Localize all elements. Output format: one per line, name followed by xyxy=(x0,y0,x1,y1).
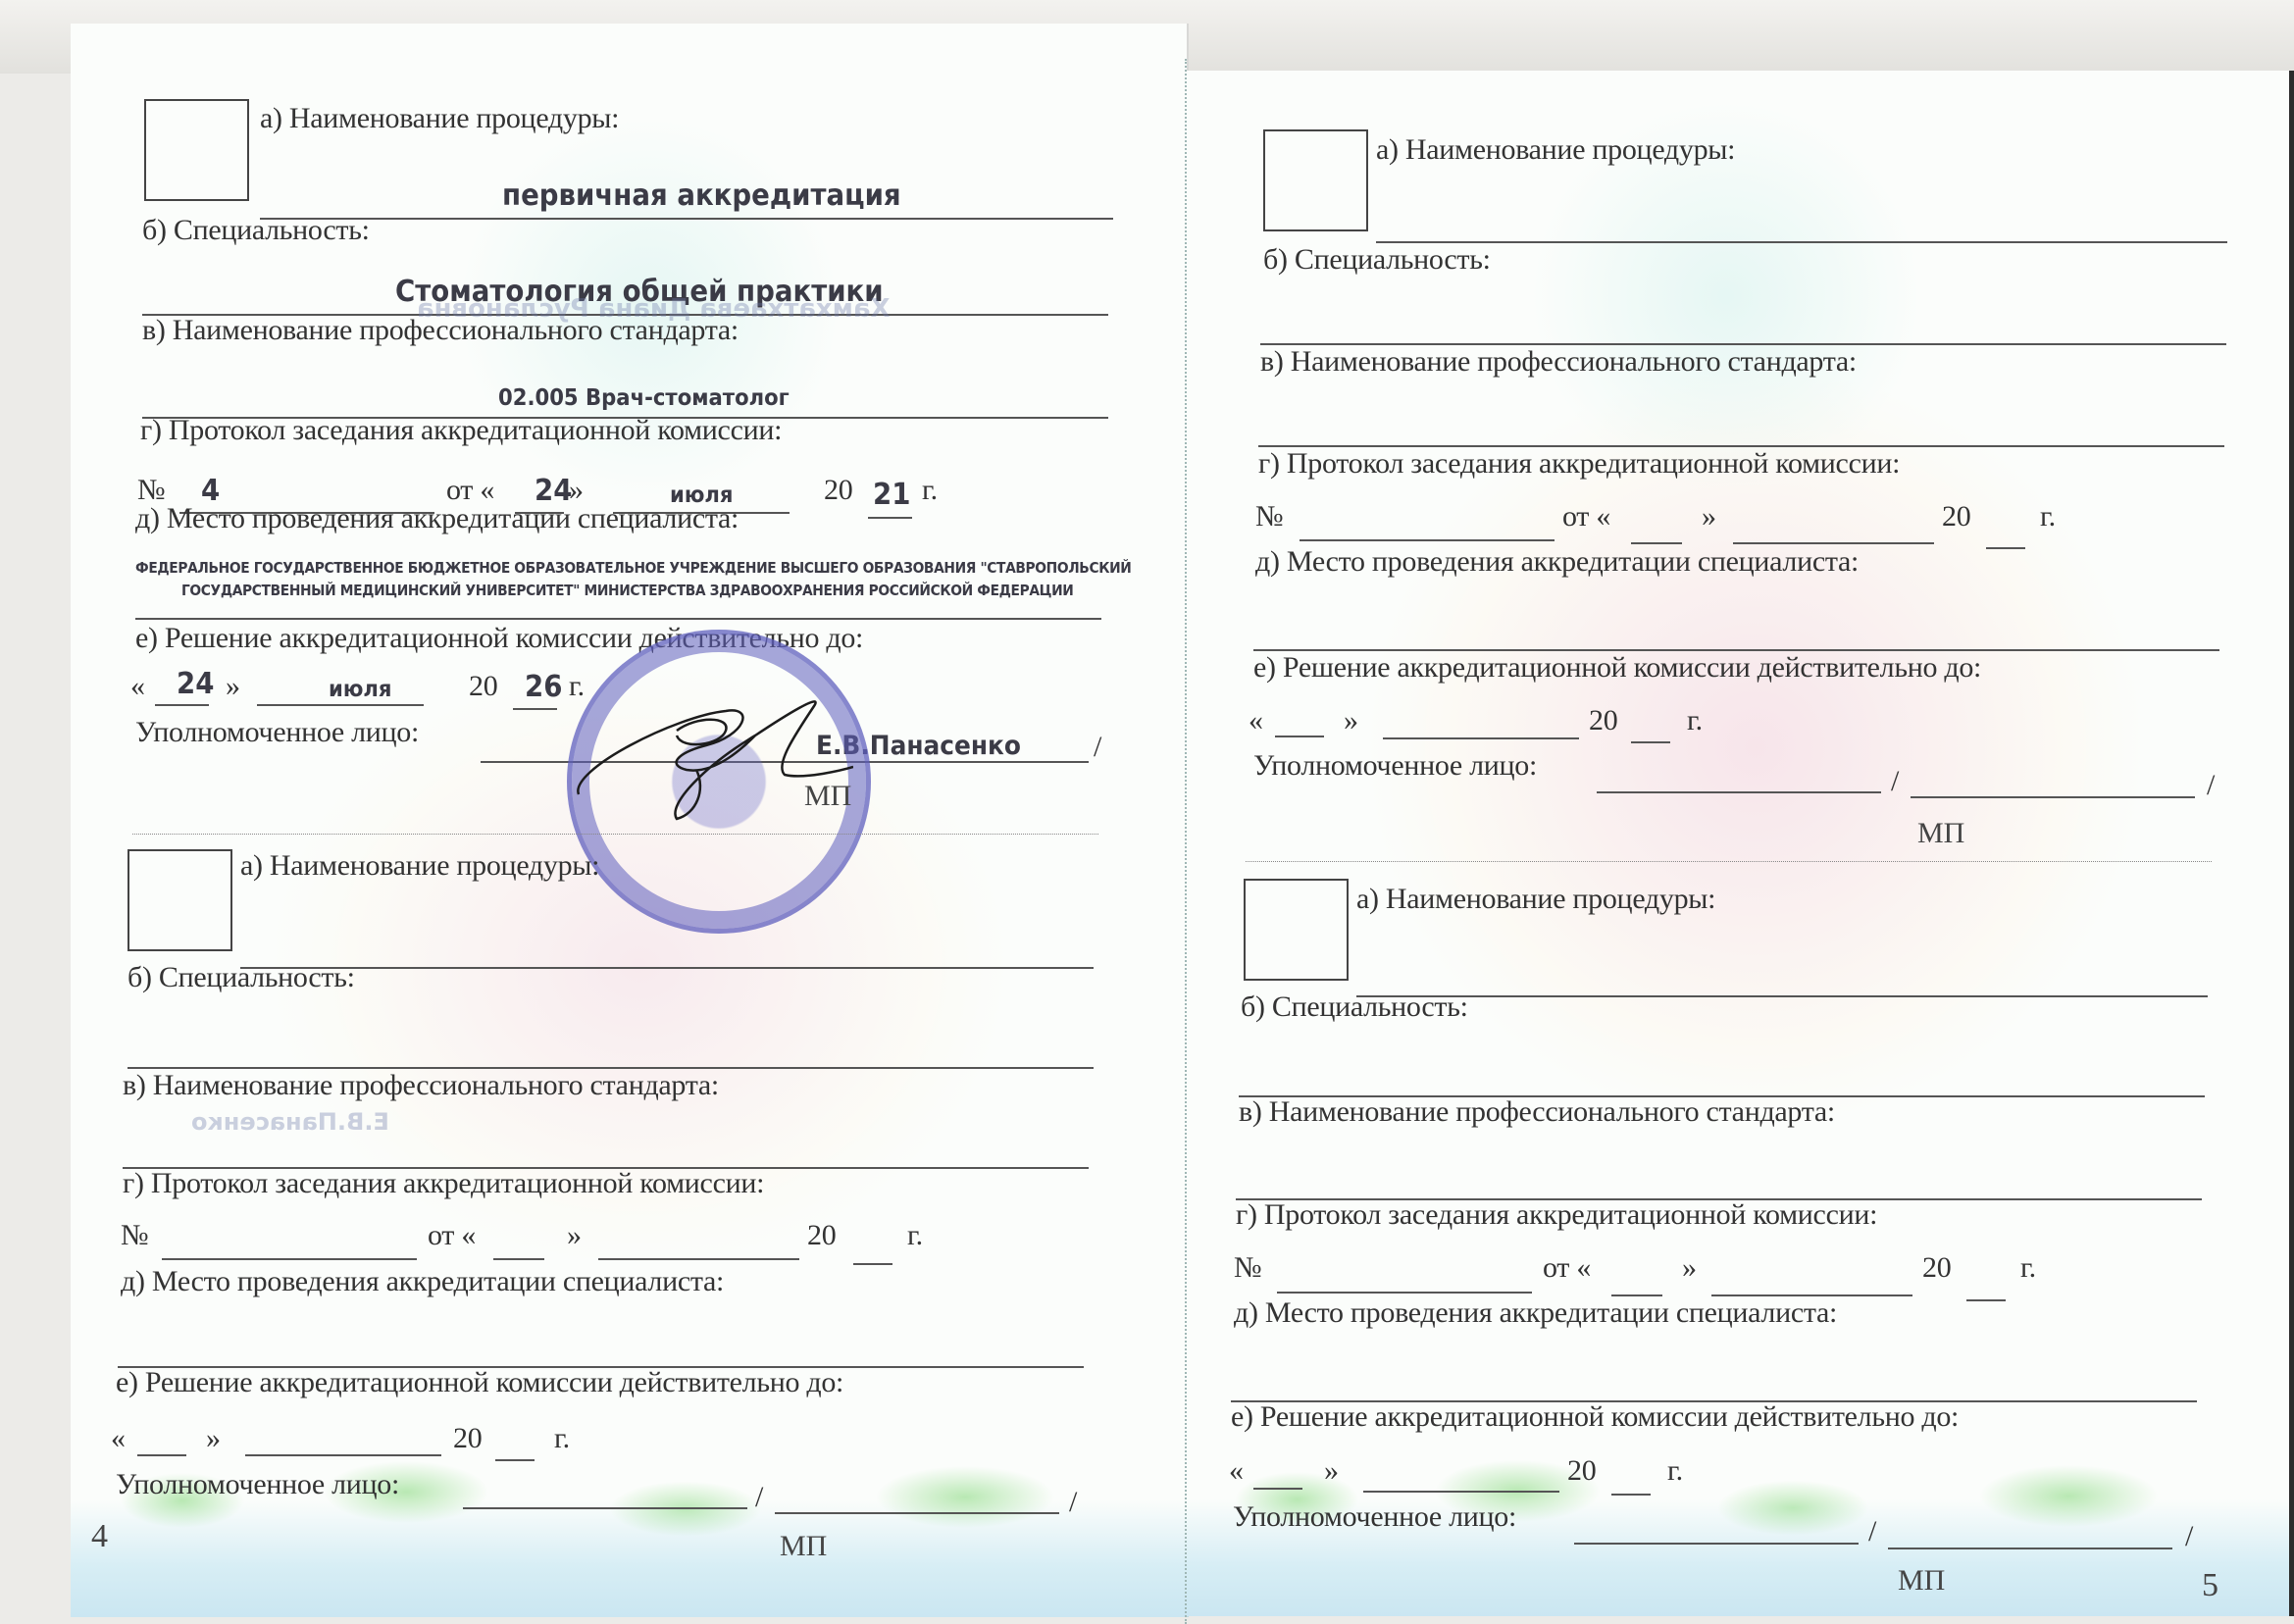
quote-close: » xyxy=(1344,704,1358,737)
place-value-line1: ФЕДЕРАЛЬНОЕ ГОСУДАРСТВЕННОЕ БЮДЖЕТНОЕ ОБ… xyxy=(135,559,1131,577)
procedure-label: а) Наименование процедуры: xyxy=(260,102,619,135)
entry-divider xyxy=(1246,861,2212,862)
valid-day-line xyxy=(1253,1488,1302,1490)
authorized-person-label: Уполномоченное лицо: xyxy=(116,1468,399,1501)
name-line xyxy=(775,1512,1059,1514)
year-prefix: 20 xyxy=(453,1422,482,1455)
protocol-number-line xyxy=(1300,539,1555,541)
seal-place-label: МП xyxy=(780,1530,827,1563)
valid-month-line xyxy=(257,704,424,706)
valid-year-line xyxy=(1631,741,1670,743)
protocol-year-line xyxy=(853,1263,892,1265)
page-number-left: 4 xyxy=(91,1518,108,1555)
valid-day-value: 24 xyxy=(177,667,214,701)
show-through-signer: Е.В.Панасенко xyxy=(191,1108,389,1136)
year-suffix: г. xyxy=(1667,1454,1683,1488)
valid-year-line xyxy=(513,708,557,710)
quote-close: » xyxy=(206,1422,221,1455)
entry-4-checkbox[interactable] xyxy=(1244,879,1349,981)
year-suffix: г. xyxy=(2040,500,2056,533)
slash: / xyxy=(1069,1486,1077,1519)
specialty-label: б) Специальность: xyxy=(1263,243,1491,277)
authorized-person-label: Уполномоченное лицо: xyxy=(1253,749,1537,783)
procedure-label: а) Наименование процедуры: xyxy=(1376,133,1735,167)
procedure-value: первичная аккредитация xyxy=(502,178,901,213)
slash: / xyxy=(2185,1520,2193,1553)
slash: / xyxy=(755,1481,763,1514)
slash: / xyxy=(1891,765,1899,798)
valid-month-line xyxy=(1383,737,1579,739)
entry-3-checkbox[interactable] xyxy=(1263,129,1368,231)
procedure-label: а) Наименование процедуры: xyxy=(1356,883,1715,916)
protocol-year-line xyxy=(1966,1299,2006,1301)
seal-place-label: МП xyxy=(804,780,851,813)
place-label: д) Место проведения аккредитации специал… xyxy=(121,1265,724,1298)
number-sign: № xyxy=(1255,500,1283,533)
standard-label: в) Наименование профессионального станда… xyxy=(1260,345,1857,379)
protocol-year-value: 21 xyxy=(873,478,910,512)
procedure-line xyxy=(260,218,1113,220)
quote-close: » xyxy=(1682,1251,1697,1285)
year-prefix: 20 xyxy=(824,474,852,507)
valid-month-line xyxy=(1363,1491,1559,1493)
authorized-person-label: Уполномоченное лицо: xyxy=(1233,1500,1516,1534)
seal-place-label: МП xyxy=(1898,1564,1945,1598)
place-label: д) Место проведения аккредитации специал… xyxy=(1234,1296,1837,1330)
entry-1-checkbox[interactable] xyxy=(144,99,249,201)
year-suffix: г. xyxy=(1687,704,1703,737)
signature-line xyxy=(1597,791,1881,793)
entry-divider xyxy=(132,834,1098,835)
procedure-line xyxy=(240,967,1094,969)
valid-year-value: 26 xyxy=(525,670,562,704)
number-sign: № xyxy=(121,1219,148,1252)
protocol-label: г) Протокол заседания аккредитационной к… xyxy=(140,414,782,447)
standard-label: в) Наименование профессионального станда… xyxy=(1239,1095,1835,1129)
slash: / xyxy=(1868,1515,1876,1548)
quote-open: « xyxy=(1249,704,1263,737)
valid-month-value: июля xyxy=(329,677,391,702)
quote-open: « xyxy=(1229,1454,1244,1488)
valid-until-label: е) Решение аккредитационной комиссии дей… xyxy=(1253,651,1981,685)
protocol-label: г) Протокол заседания аккредитационной к… xyxy=(123,1167,764,1200)
specialty-label: б) Специальность: xyxy=(1241,990,1468,1024)
standard-label: в) Наименование профессионального станда… xyxy=(142,314,739,347)
valid-year-line xyxy=(1611,1494,1651,1496)
year-suffix: г. xyxy=(554,1422,570,1455)
place-value-line2: ГОСУДАРСТВЕННЫЙ МЕДИЦИНСКИЙ УНИВЕРСИТЕТ"… xyxy=(181,582,1073,599)
year-prefix: 20 xyxy=(1942,500,1970,533)
procedure-line xyxy=(1376,241,2227,243)
protocol-month-line xyxy=(598,1258,799,1260)
standard-label: в) Наименование профессионального станда… xyxy=(123,1069,719,1102)
year-prefix: 20 xyxy=(1589,704,1617,737)
valid-until-label: е) Решение аккредитационной комиссии дей… xyxy=(1231,1400,1959,1434)
slash: / xyxy=(1094,731,1101,764)
standard-value: 02.005 Врач-стоматолог xyxy=(498,385,790,411)
specialty-label: б) Специальность: xyxy=(127,961,355,994)
slash: / xyxy=(2207,769,2215,802)
protocol-label: г) Протокол заседания аккредитационной к… xyxy=(1258,447,1900,481)
specialty-label: б) Специальность: xyxy=(142,214,370,247)
protocol-year-line xyxy=(1986,547,2025,549)
procedure-label: а) Наименование процедуры: xyxy=(240,849,599,883)
place-label: д) Место проведения аккредитации специал… xyxy=(1255,545,1859,579)
from-open: от « xyxy=(1562,500,1610,533)
year-suffix: г. xyxy=(907,1219,923,1252)
quote-close: » xyxy=(1324,1454,1339,1488)
year-prefix: 20 xyxy=(1567,1454,1596,1488)
quote-close: » xyxy=(567,1219,582,1252)
page-right xyxy=(1187,71,2294,1616)
protocol-number-line xyxy=(1277,1292,1532,1294)
valid-until-label: е) Решение аккредитационной комиссии дей… xyxy=(116,1366,843,1399)
name-line xyxy=(1888,1548,2172,1549)
number-sign: № xyxy=(1234,1251,1261,1285)
protocol-month-line xyxy=(1733,542,1934,544)
from-open: от « xyxy=(1543,1251,1591,1285)
name-line xyxy=(1911,796,2195,798)
year-prefix: 20 xyxy=(469,670,497,703)
valid-year-line xyxy=(495,1459,535,1461)
valid-day-line xyxy=(155,704,209,706)
valid-day-line xyxy=(137,1454,186,1456)
page-number-right: 5 xyxy=(2202,1567,2218,1604)
signature-line xyxy=(463,1507,747,1509)
from-open: от « xyxy=(428,1219,476,1252)
protocol-day-line xyxy=(493,1258,544,1260)
seal-place-label: МП xyxy=(1917,817,1964,850)
protocol-number-line xyxy=(162,1258,417,1260)
authorized-person-label: Уполномоченное лицо: xyxy=(135,716,419,749)
quote-open: « xyxy=(111,1422,126,1455)
year-prefix: 20 xyxy=(1922,1251,1951,1285)
entry-2-checkbox[interactable] xyxy=(127,849,232,951)
place-label: д) Место проведения аккредитации специал… xyxy=(135,502,739,535)
quote-close: » xyxy=(1702,500,1716,533)
quote-open: « xyxy=(130,670,145,703)
procedure-line xyxy=(1356,995,2208,997)
valid-day-line xyxy=(1275,736,1324,737)
protocol-day-line xyxy=(1631,542,1682,544)
year-prefix: 20 xyxy=(807,1219,836,1252)
signature-line xyxy=(1574,1543,1859,1545)
protocol-label: г) Протокол заседания аккредитационной к… xyxy=(1236,1198,1877,1232)
book-spine xyxy=(1185,59,1190,1624)
year-suffix: г. xyxy=(922,474,938,507)
place-line xyxy=(135,618,1101,620)
quote-close: » xyxy=(226,670,240,703)
year-suffix: г. xyxy=(2020,1251,2036,1285)
valid-month-line xyxy=(245,1454,441,1456)
protocol-year-line xyxy=(868,517,912,519)
